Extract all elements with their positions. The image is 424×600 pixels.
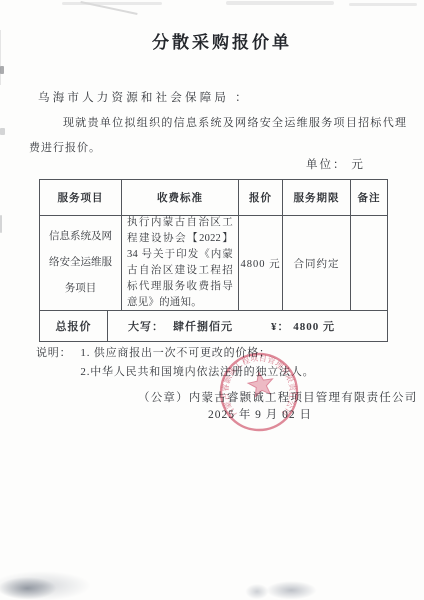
total-amount-cell: 大写： 肆仟捌佰元 ¥： 4800 元 — [108, 311, 387, 341]
fee-standard-text: 执行内蒙古自治区工程建设协会【2022】34 号关于印发《内蒙古自治区建设工程招… — [127, 216, 233, 310]
amount-words-value: 肆仟捌佰元 — [173, 318, 233, 334]
quotation-table: 服务项目 收费标准 报价 服务期限 备注 信息系统及网络安全运维服务项目 执行内… — [39, 179, 388, 342]
amount-numeric: ¥： 4800 元 — [271, 318, 335, 334]
scan-artifact — [0, 66, 4, 74]
cell-service-item: 信息系统及网络安全运维服务项目 — [40, 216, 122, 310]
table-total-row: 总报价 大写： 肆仟捌佰元 ¥： 4800 元 — [40, 311, 387, 341]
header-service-period: 服务期限 — [283, 180, 351, 215]
scan-artifact — [62, 2, 162, 5]
cell-service-period: 合同约定 — [283, 216, 351, 310]
scan-smudge — [243, 576, 321, 600]
notes-label: 说明： — [36, 344, 71, 381]
amount-words-label: 大写： — [128, 318, 164, 334]
total-label: 总报价 — [40, 311, 108, 341]
note-item-1: 1. 供应商报出一次不可更改的价格； — [80, 344, 314, 363]
scan-artifact — [349, 3, 417, 6]
header-quote: 报价 — [239, 180, 283, 215]
body-paragraph: 现就贵单位拟组织的信息系统及网络安全运维服务项目招标代理费进行报价。 — [29, 111, 407, 161]
signature-company-line: （公章）内蒙古睿颢诚工程项目管理有限责任公司 — [138, 389, 412, 405]
notes-block: 说明： 1. 供应商报出一次不可更改的价格； 2.中华人民共和国境内依法注册的独… — [36, 344, 314, 381]
table-data-row: 信息系统及网络安全运维服务项目 执行内蒙古自治区工程建设协会【2022】34 号… — [40, 216, 387, 311]
scan-artifact — [0, 128, 5, 135]
header-remarks: 备注 — [351, 180, 387, 215]
document-page: 分散采购报价单 乌海市人力资源和社会保障局 ： 现就贵单位拟组织的信息系统及网络… — [0, 0, 424, 600]
scan-artifact — [226, 1, 334, 5]
header-service-item: 服务项目 — [40, 180, 122, 215]
table-header-row: 服务项目 收费标准 报价 服务期限 备注 — [40, 180, 387, 216]
cell-remarks — [351, 216, 387, 310]
scan-artifact — [0, 215, 2, 233]
note-item-2: 2.中华人民共和国境内依法注册的独立法人。 — [80, 363, 314, 382]
signature-date-line: 2025 年 9 月 02 日 — [198, 406, 322, 422]
scan-artifact — [80, 1, 137, 15]
cell-quote: 4800 元 — [239, 216, 283, 310]
header-fee-standard: 收费标准 — [122, 180, 239, 215]
scan-smudge — [0, 566, 102, 600]
salutation-line: 乌海市人力资源和社会保障局 ： — [38, 89, 250, 105]
scan-artifact — [0, 30, 1, 85]
amount-in-words: 大写： 肆仟捌佰元 — [128, 318, 233, 334]
unit-label: 单位： 元 — [306, 156, 365, 172]
notes-items: 1. 供应商报出一次不可更改的价格； 2.中华人民共和国境内依法注册的独立法人。 — [80, 344, 314, 381]
page-title: 分散采购报价单 — [20, 28, 424, 53]
cell-fee-standard: 执行内蒙古自治区工程建设协会【2022】34 号关于印发《内蒙古自治区建设工程招… — [122, 216, 239, 310]
